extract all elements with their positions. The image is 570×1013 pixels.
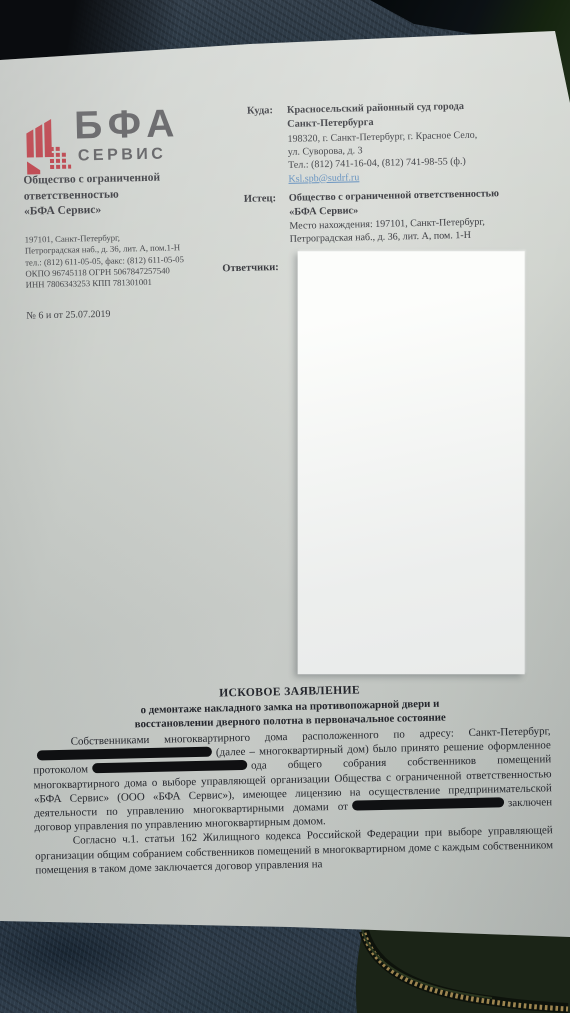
letterhead-org-name: Общество с ограниченной ответственностью… <box>23 169 224 220</box>
letterhead-address: 197101, Санкт-Петербург, Петроградская н… <box>25 230 241 291</box>
logo-text-servis: СЕРВИС <box>78 146 167 166</box>
recipient-address: 198320, г. Санкт-Петербург, г. Красное С… <box>287 127 560 186</box>
redaction-bar <box>92 760 247 773</box>
document-body: Собственниками многоквартирного дома рас… <box>33 724 554 877</box>
photo-of-legal-document: БФА СЕРВИС Общество с ограниченной ответ… <box>0 0 570 1013</box>
defendants-label: Ответчики: <box>222 262 279 274</box>
redaction-overlay-white <box>298 251 525 674</box>
plaintiff-label: Истец: <box>244 193 276 205</box>
org-name-line: «БФА Сервис» <box>24 200 224 220</box>
recipient-label: Куда: <box>247 105 273 117</box>
redaction-bar <box>352 797 504 810</box>
redaction-bar <box>37 747 212 761</box>
paragraph-1: Собственниками многоквартирного дома рас… <box>33 724 553 835</box>
document-content: БФА СЕРВИС Общество с ограниченной ответ… <box>0 0 570 1013</box>
plaintiff-address: Место нахождения: 197101, Санкт-Петербур… <box>289 214 562 246</box>
recipient-court-name: Красносельский районный суд города Санкт… <box>287 98 560 131</box>
logo-text-bfa: БФА <box>74 104 181 146</box>
document-sheet: БФА СЕРВИС Общество с ограниченной ответ… <box>0 0 570 1013</box>
reference-number: № 6 и от 25.07.2019 <box>26 309 110 322</box>
bfa-logo-icon <box>25 116 72 175</box>
